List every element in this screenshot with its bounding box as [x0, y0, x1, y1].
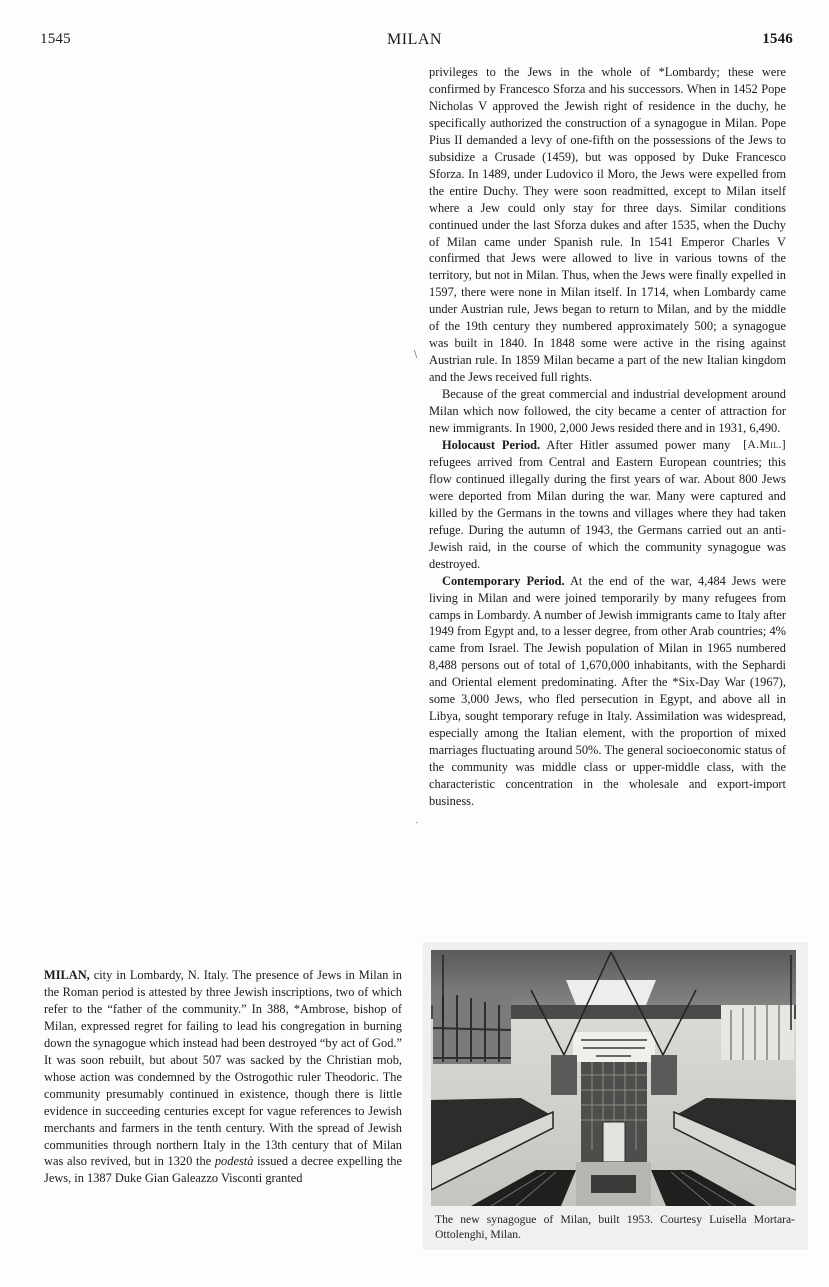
paragraph-text: Because of the great commercial and indu… [429, 387, 786, 435]
author-attribution: [A.Mil.] [730, 437, 786, 454]
left-column: MILAN, city in Lombardy, N. Italy. The p… [44, 967, 402, 1187]
synagogue-photo [431, 950, 796, 1206]
running-title: MILAN [0, 31, 829, 49]
scan-mark: ⋅ [415, 818, 418, 829]
paragraph-text: privileges to the Jews in the whole of *… [429, 65, 786, 384]
section-contemporary-period: Contemporary Period. At the end of the w… [429, 573, 786, 810]
figure-synagogue: The new synagogue of Milan, built 1953. … [423, 942, 808, 1250]
section-heading: Holocaust Period. [442, 438, 540, 452]
paragraph-text: At the end of the war, 4,484 Jews were l… [429, 574, 786, 808]
paragraph-immigration: Because of the great commercial and indu… [429, 386, 786, 437]
section-heading: Contemporary Period. [442, 574, 565, 588]
paragraph-text: After Hitler assumed power many refugees… [429, 438, 786, 571]
paragraph-history-continued: privileges to the Jews in the whole of *… [429, 64, 786, 386]
entry-title: MILAN, [44, 968, 90, 982]
figure-caption: The new synagogue of Milan, built 1953. … [435, 1212, 795, 1242]
entry-intro-paragraph: MILAN, city in Lombardy, N. Italy. The p… [44, 967, 402, 1187]
paragraph-text: city in Lombardy, N. Italy. The presence… [44, 968, 402, 1168]
scan-mark: ∖ [412, 350, 418, 361]
italic-term: podestà [215, 1154, 254, 1168]
right-column: privileges to the Jews in the whole of *… [429, 64, 786, 810]
section-holocaust-period: Holocaust Period. After Hitler assumed p… [429, 437, 786, 573]
page-number-right: 1546 [762, 31, 793, 48]
synagogue-interior-illustration [431, 950, 796, 1206]
